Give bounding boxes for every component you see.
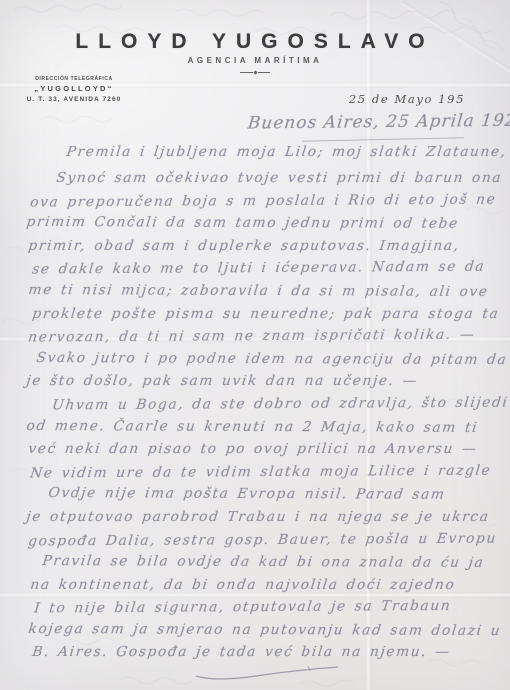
handwritten-line: me ti nisi mijca; zaboravila i da si m p… xyxy=(27,282,510,307)
letterhead-subtitle: AGENCIA MARÍTIMA xyxy=(0,56,510,65)
handwritten-dateline: Buenos Aires, 25 Aprila 1929. xyxy=(247,110,510,133)
handwritten-line: kojega sam ja smjerao na putovanju kad s… xyxy=(27,621,510,646)
handwritten-line: Uhvam u Boga, da ste dobro od zdravlja, … xyxy=(51,395,510,420)
handwritten-line: primim Cončali da sam tamo jednu primi o… xyxy=(25,214,510,239)
handwritten-line: I to nije bila sigurna, otputovala je sa… xyxy=(33,598,510,623)
handwritten-line: nervozan, da ti ni sam ne znam ispričati… xyxy=(27,327,510,353)
telegraph-line-2: „YUGOLLOYD“ xyxy=(16,84,132,93)
handwritten-line: Synoć sam očekivao tvoje vesti primi di … xyxy=(55,170,510,193)
telegraph-line-1: DIRECCIÓN TELEGRÁFICA xyxy=(16,76,132,82)
handwritten-line: je što došlo, pak sam uvik dan na učenje… xyxy=(25,373,510,396)
handwritten-line: već neki dan pisao to po ovoj prilici na… xyxy=(27,441,510,464)
printed-street-address: 25 de Mayo 195 xyxy=(340,92,465,106)
handwritten-line: ova preporučena boja s m poslala i Rio d… xyxy=(29,191,510,217)
scanned-letter-page: LLOYD YUGOSLAVO AGENCIA MARÍTIMA DIRECCI… xyxy=(0,0,510,690)
handwritten-line: Svako jutro i po podne idem na agenciju … xyxy=(35,350,510,375)
handwritten-line: od mene. Čaarle su krenuti na 2 Maja, ka… xyxy=(25,417,510,442)
handwritten-line: na kontinenat, da bi onda najvolila doći… xyxy=(29,577,510,600)
telegraph-line-3: U. T. 33, AVENIDA 7260 xyxy=(16,96,132,103)
letter-body: Premila i ljubljena moja Lilo; moj slatk… xyxy=(26,144,508,667)
handwritten-line: je otputovao parobrod Trabau i na njega … xyxy=(25,509,510,532)
subtitle-ornament-divider xyxy=(240,70,270,75)
handwritten-line: Pravila se bila ovdje da kad bi ona znal… xyxy=(41,553,510,578)
letterhead-company-name: LLOYD YUGOSLAVO xyxy=(0,30,510,54)
handwritten-line: B. Aires. Gospođa je tada već bila na nj… xyxy=(31,644,510,667)
handwritten-salutation: Premila i ljubljena moja Lilo; moj slatk… xyxy=(64,144,509,170)
dateline-underline xyxy=(302,137,464,141)
handwritten-line: primir, obad sam i duplerke saputovas. I… xyxy=(27,238,510,261)
handwritten-line: se dakle kako me to ljuti i ićeperava. N… xyxy=(31,259,510,285)
handwritten-line: proklete pošte pisma su neuredne; pak pa… xyxy=(31,306,510,329)
handwritten-line: Ovdje nije ima pošta Evropa nisil. Parad… xyxy=(47,485,510,510)
handwritten-line: Ne vidim ure da te vidim slatka moja Lil… xyxy=(29,462,510,488)
handwritten-line: gospođa Dalia, sestra gosp. Bauer, te po… xyxy=(27,530,510,556)
telegraph-address-block: DIRECCIÓN TELEGRÁFICA „YUGOLLOYD“ U. T. … xyxy=(16,76,132,103)
